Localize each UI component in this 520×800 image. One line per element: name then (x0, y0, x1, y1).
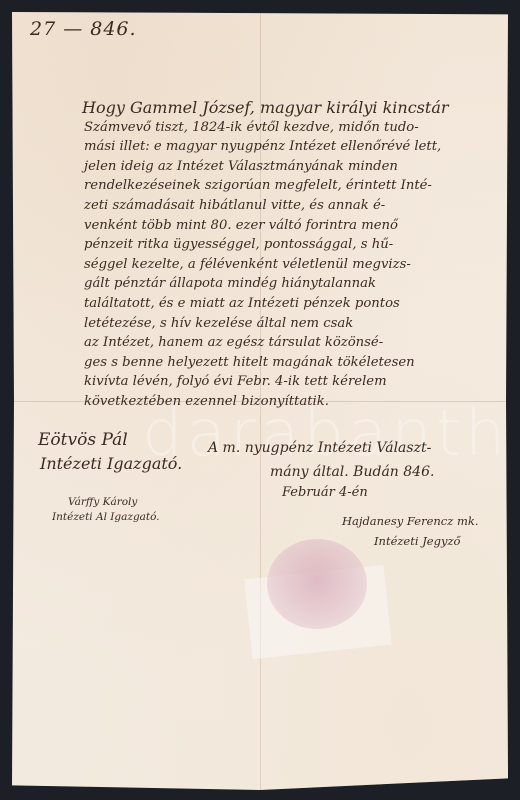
body-line: letétezése, s hív kezelése által nem csa… (84, 314, 504, 334)
signature-secretary-title: Intézeti Jegyző (374, 534, 460, 548)
body-line: venként több mint 80. ezer váltó forintr… (84, 216, 504, 236)
document-paper: 27 — 846. Hogy Gammel József, magyar kir… (12, 12, 508, 790)
issuer-line-1: A m. nyugpénz Intézeti Választ- (208, 440, 431, 456)
body-line: Hogy Gammel József, magyar királyi kincs… (82, 98, 504, 118)
reference-number: 27 — 846. (30, 18, 137, 40)
signature-secretary-name: Hajdanesy Ferencz mk. (342, 514, 478, 528)
body-line: az Intézet, hanem az egész társulat közö… (84, 333, 504, 353)
body-line: Számvevő tiszt, 1824-ik évtől kezdve, mi… (84, 118, 504, 138)
signature-director-name: Eötvös Pál (38, 430, 128, 450)
wax-seal-icon (267, 539, 367, 629)
signature-deputy-name: Várffy Károly (68, 496, 137, 508)
body-line: pénzeit ritka ügyességgel, pontossággal,… (84, 235, 504, 255)
certificate-body: Hogy Gammel József, magyar királyi kincs… (74, 98, 504, 412)
issue-date: Február 4-én (282, 485, 368, 500)
body-line: rendelkezéseinek szigorúan megfelelt, ér… (84, 176, 504, 196)
body-line: ges s benne helyezett hitelt magának tök… (84, 353, 504, 373)
signature-deputy-title: Intézeti Al Igazgató. (52, 511, 160, 523)
issuer-line-2: mány által. Budán 846. (270, 464, 434, 480)
body-line: gált pénztár állapota mindég hiánytalann… (84, 274, 504, 294)
body-line: jelen ideig az Intézet Választmányának m… (84, 157, 504, 177)
signature-director-title: Intézeti Igazgató. (40, 454, 182, 473)
body-line: séggel kezelte, a félévenként véletlenül… (84, 255, 504, 275)
body-line: kivívta lévén, folyó évi Febr. 4-ik tett… (84, 372, 504, 392)
body-line: találtatott, és e miatt az Intézeti pénz… (84, 294, 504, 314)
watermark: darabanth (142, 397, 509, 471)
body-line: mási illet: e magyar nyugpénz Intézet el… (84, 137, 504, 157)
body-line: zeti számadásait hibátlanul vitte, és an… (84, 196, 504, 216)
